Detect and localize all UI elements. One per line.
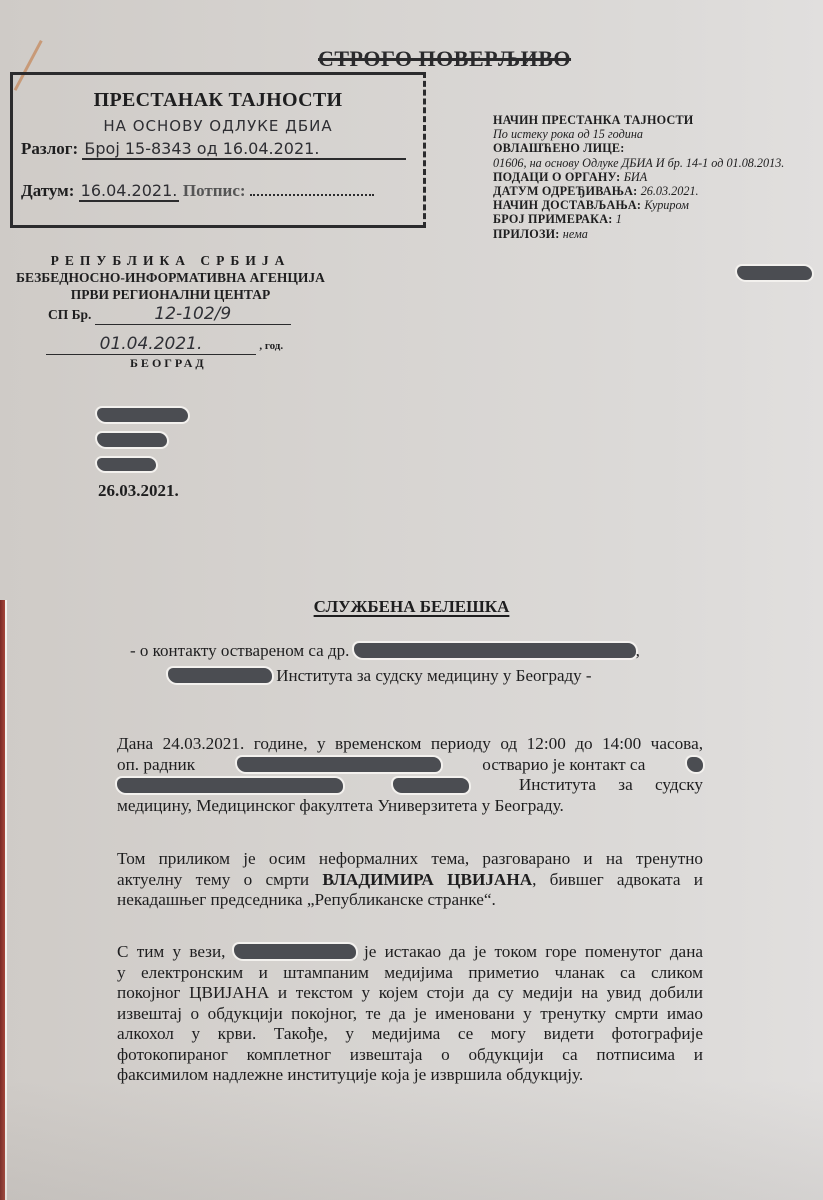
metadata-row: БРОЈ ПРИМЕРАКА: 1	[493, 212, 813, 226]
metadata-value: 1	[616, 212, 622, 226]
stamp-signature-line	[250, 194, 374, 196]
metadata-value: 01606, на основу Одлуке ДБИА И бр. 14-1 …	[493, 156, 784, 170]
metadata-value: По истеку рока од 15 година	[493, 127, 643, 141]
metadata-row: ПОДАЦИ О ОРГАНУ: БИА	[493, 170, 813, 184]
metadata-row: НАЧИН ПРЕСТАНКА ТАЈНОСТИ	[493, 113, 813, 127]
metadata-value: БИА	[624, 170, 647, 184]
reference-number-row: СП Бр. 12-102/9	[48, 304, 291, 325]
stamp-date-label: Датум:	[21, 181, 74, 200]
paragraph-2: Том приликом је осим неформалних тема, р…	[117, 849, 703, 911]
redaction-block	[97, 458, 156, 471]
stamp-reason-row: Разлог: Број 15-8343 од 16.04.2021.	[21, 139, 406, 160]
classification-metadata: НАЧИН ПРЕСТАНКА ТАЈНОСТИПо истеку рока о…	[493, 113, 813, 241]
redaction-inline	[393, 778, 469, 793]
reference-label: СП Бр.	[48, 307, 91, 322]
year-suffix: , год.	[259, 340, 283, 352]
redaction-block	[97, 408, 188, 422]
city-name: БЕОГРАД	[130, 356, 207, 371]
classification-label: СТРОГО ПОВЕРЉИВО	[318, 46, 571, 72]
agency-date-row: 01.04.2021. , год.	[46, 334, 283, 355]
paragraph-1: Дана 24.03.2021. године, у временском пе…	[117, 734, 703, 816]
metadata-key: ПРИЛОЗИ:	[493, 227, 563, 241]
note-subtitle-line2: Института за судску медицину у Београду …	[168, 666, 592, 686]
country-name: РЕПУБЛИКА СРБИЈА	[8, 252, 333, 269]
document-date: 26.03.2021.	[98, 481, 179, 501]
metadata-row: ОВЛАШЋЕНО ЛИЦЕ:	[493, 141, 813, 155]
stamp-reason-label: Разлог:	[21, 139, 78, 158]
metadata-key: ОВЛАШЋЕНО ЛИЦЕ:	[493, 141, 625, 155]
stamp-signature-label: Потпис:	[183, 181, 246, 200]
metadata-key: ДАТУМ ОДРЕЂИВАЊА:	[493, 184, 641, 198]
metadata-row: По истеку рока од 15 година	[493, 127, 813, 141]
metadata-key: БРОЈ ПРИМЕРАКА:	[493, 212, 616, 226]
paragraph-3: С тим у вези, је истакао да је током гор…	[117, 942, 703, 1086]
deceased-name: ВЛАДИМИРА ЦВИЈАНА	[322, 870, 532, 889]
stamp-title: ПРЕСТАНАК ТАЈНОСТИ	[13, 89, 423, 112]
metadata-key: НАЧИН ДОСТАВЉАЊА:	[493, 198, 644, 212]
redaction-block	[737, 266, 812, 280]
metadata-row: НАЧИН ДОСТАВЉАЊА: Куриром	[493, 198, 813, 212]
note-subtitle-line1: - о контакту оствареном са др. ,	[130, 641, 640, 661]
stamp-date-value: 16.04.2021.	[79, 181, 179, 202]
agency-date-value: 01.04.2021.	[46, 334, 256, 355]
redaction-inline	[117, 778, 343, 793]
metadata-key: НАЧИН ПРЕСТАНКА ТАЈНОСТИ	[493, 113, 693, 127]
metadata-value: нема	[563, 227, 588, 241]
agency-name: БЕЗБЕДНОСНО-ИНФОРМАТИВНА АГЕНЦИЈА	[8, 269, 333, 286]
redaction-inline	[354, 643, 636, 658]
note-title: СЛУЖБЕНА БЕЛЕШКА	[0, 597, 823, 617]
metadata-row: ПРИЛОЗИ: нема	[493, 227, 813, 241]
redaction-inline	[687, 757, 703, 772]
reference-value: 12-102/9	[95, 304, 291, 325]
redaction-inline	[237, 757, 441, 772]
metadata-value: 26.03.2021.	[641, 184, 699, 198]
redaction-inline	[234, 944, 356, 959]
page-shadow	[0, 1080, 823, 1200]
redaction-inline	[168, 668, 272, 683]
metadata-key: ПОДАЦИ О ОРГАНУ:	[493, 170, 624, 184]
agency-unit: ПРВИ РЕГИОНАЛНИ ЦЕНТАР	[8, 286, 333, 303]
stamp-date-row: Датум: 16.04.2021. Потпис:	[21, 181, 374, 202]
metadata-value: Куриром	[644, 198, 689, 212]
agency-header: РЕПУБЛИКА СРБИЈА БЕЗБЕДНОСНО-ИНФОРМАТИВН…	[8, 252, 333, 303]
metadata-row: 01606, на основу Одлуке ДБИА И бр. 14-1 …	[493, 156, 813, 170]
stamp-handwritten-basis: НА ОСНОВУ ОДЛУКЕ ДБИА	[13, 117, 423, 135]
redaction-block	[97, 433, 167, 447]
declassification-stamp: ПРЕСТАНАК ТАЈНОСТИ НА ОСНОВУ ОДЛУКЕ ДБИА…	[10, 72, 426, 228]
stamp-reason-value: Број 15-8343 од 16.04.2021.	[82, 139, 406, 160]
metadata-row: ДАТУМ ОДРЕЂИВАЊА: 26.03.2021.	[493, 184, 813, 198]
